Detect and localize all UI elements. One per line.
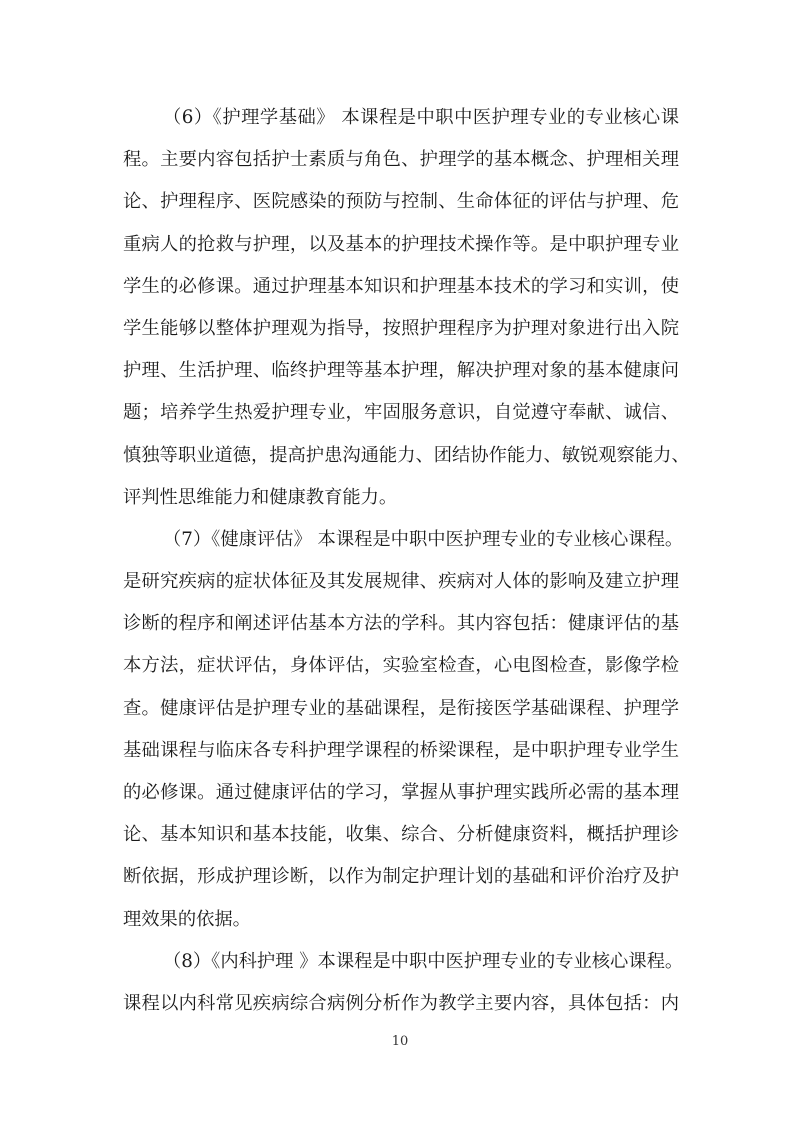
text-line: 诊断的程序和阐述评估基本方法的学科。其内容包括：健康评估的基: [123, 606, 679, 648]
text-line: 是研究疾病的症状体征及其发展规律、疾病对人体的影响及建立护理: [123, 564, 679, 606]
text-line: （8）《内科护理 》本课程是中职中医护理专业的专业核心课程。: [123, 944, 679, 986]
text-line: 学生能够以整体护理观为指导，按照护理程序为护理对象进行出入院: [123, 311, 679, 353]
text-line: 论、基本知识和基本技能，收集、综合、分析健康资料，概括护理诊: [123, 817, 679, 859]
text-line: 基础课程与临床各专科护理学课程的桥梁课程，是中职护理专业学生: [123, 733, 679, 775]
text-line: 论、护理程序、医院感染的预防与控制、生命体征的评估与护理、危: [123, 184, 679, 226]
paragraph-course-6: （6）《护理学基础》 本课程是中职中医护理专业的专业核心课 程。主要内容包括护士…: [123, 100, 679, 522]
text-line: 慎独等职业道德，提高护患沟通能力、团结协作能力、敏锐观察能力、: [123, 438, 679, 480]
paragraph-course-7: （7）《健康评估》 本课程是中职中医护理专业的专业核心课程。 是研究疾病的症状体…: [123, 522, 679, 944]
text-line: （6）《护理学基础》 本课程是中职中医护理专业的专业核心课: [123, 100, 679, 142]
paragraph-course-8: （8）《内科护理 》本课程是中职中医护理专业的专业核心课程。 课程以内科常见疾病…: [123, 944, 679, 1028]
text-line: 评判性思维能力和健康教育能力。: [123, 480, 679, 522]
text-line: 重病人的抢救与护理，以及基本的护理技术操作等。是中职护理专业: [123, 227, 679, 269]
text-line: 学生的必修课。通过护理基本知识和护理基本技术的学习和实训，使: [123, 269, 679, 311]
page-number: 10: [0, 1034, 800, 1049]
text-line: 程。主要内容包括护士素质与角色、护理学的基本概念、护理相关理: [123, 142, 679, 184]
document-page: （6）《护理学基础》 本课程是中职中医护理专业的专业核心课 程。主要内容包括护士…: [123, 100, 679, 1028]
text-line: 断依据，形成护理诊断，以作为制定护理计划的基础和评价治疗及护: [123, 859, 679, 901]
text-line: 理效果的依据。: [123, 902, 679, 944]
text-line: 本方法，症状评估，身体评估，实验室检查，心电图检查，影像学检: [123, 648, 679, 690]
text-line: 的必修课。通过健康评估的学习，掌握从事护理实践所必需的基本理: [123, 775, 679, 817]
text-line: 查。健康评估是护理专业的基础课程，是衔接医学基础课程、护理学: [123, 691, 679, 733]
text-line: 护理、生活护理、临终护理等基本护理，解决护理对象的基本健康问: [123, 353, 679, 395]
text-line: （7）《健康评估》 本课程是中职中医护理专业的专业核心课程。: [123, 522, 679, 564]
text-line: 题；培养学生热爱护理专业，牢固服务意识，自觉遵守奉献、诚信、: [123, 395, 679, 437]
text-line: 课程以内科常见疾病综合病例分析作为教学主要内容，具体包括：内: [123, 986, 679, 1028]
